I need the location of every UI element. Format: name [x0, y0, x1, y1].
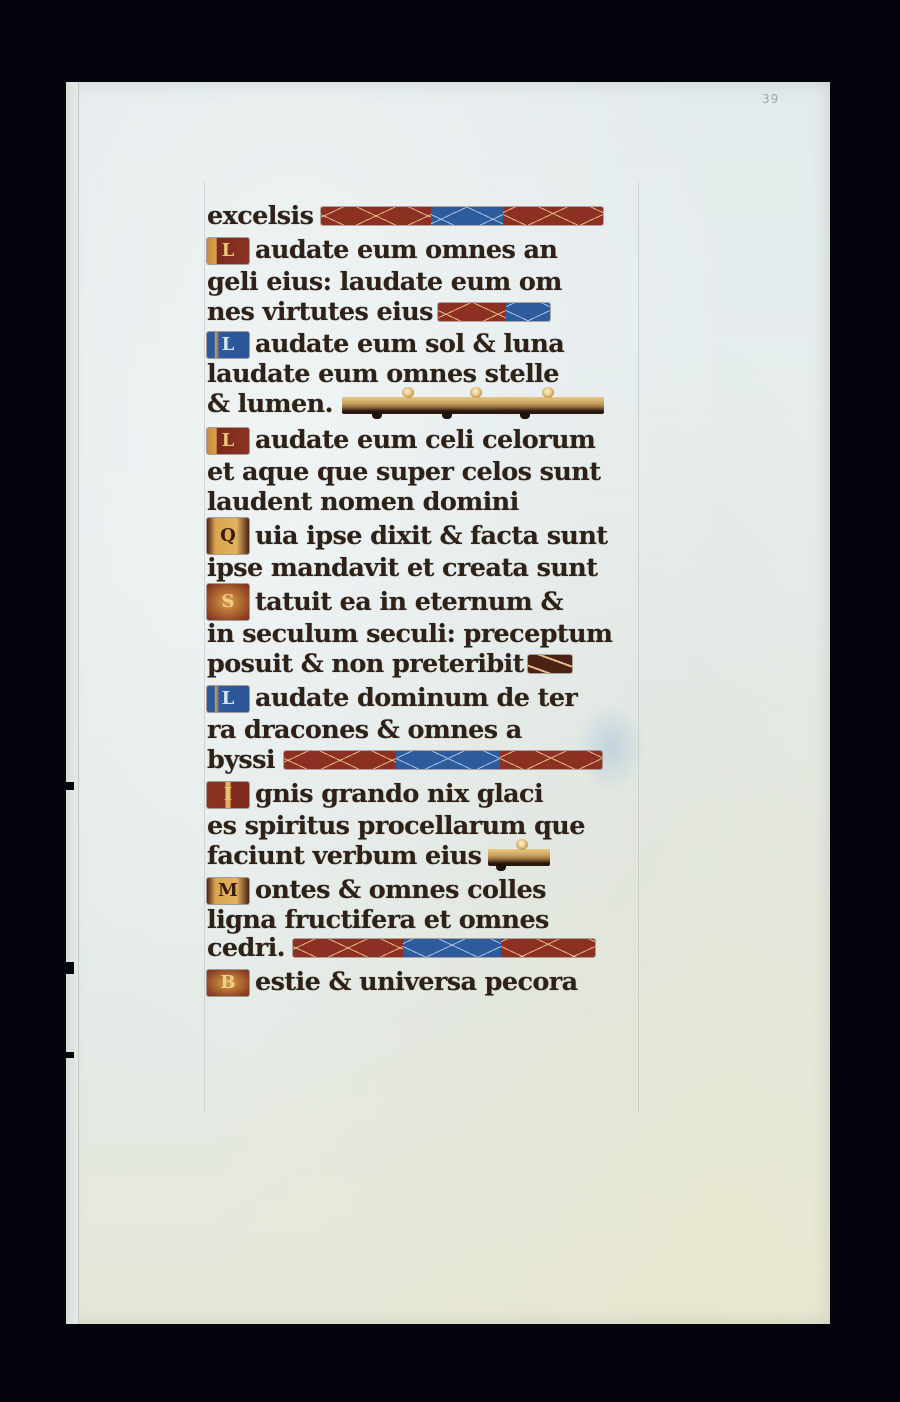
line-text: ra dracones & omnes a — [207, 716, 522, 744]
text-line: Q uia ipse dixit & facta sunt — [207, 520, 601, 550]
line-text: audate dominum de ter — [255, 684, 577, 712]
text-line: ra dracones & omnes a — [207, 714, 516, 744]
text-line: es spiritus procellarum que — [207, 810, 577, 840]
decorated-initial: L — [207, 428, 249, 454]
text-line: & lumen. — [207, 388, 604, 418]
text-line: byssi — [207, 744, 602, 774]
text-line: I gnis grando nix glaci — [207, 778, 537, 808]
line-text: audate eum celi celorum — [255, 426, 595, 454]
line-text: laudent nomen domini — [207, 488, 519, 516]
line-text: excelsis — [207, 202, 313, 230]
line-text: posuit & non preteribit — [207, 650, 524, 678]
line-filler — [284, 751, 602, 769]
text-line: et aque que super celos sunt — [207, 456, 593, 486]
decorated-initial: S — [207, 584, 249, 620]
text-line: ipse mandavit et creata sunt — [207, 552, 590, 582]
text-line: in seculum seculi: preceptum — [207, 618, 604, 648]
line-text: cedri. — [207, 934, 285, 962]
text-line: L audate eum sol & luna — [207, 328, 558, 358]
text-line: L audate dominum de ter — [207, 682, 571, 712]
text-line: S tatuit ea in eternum & — [207, 586, 557, 616]
decorated-initial: M — [207, 878, 249, 904]
manuscript-leaf: 39 excelsis L audate eum omnes an geli e… — [66, 82, 830, 1324]
line-text: ligna fructifera et omnes — [207, 906, 549, 934]
text-line: laudate eum omnes stelle — [207, 358, 552, 388]
line-text: tatuit ea in eternum & — [255, 588, 563, 616]
line-filler-gold — [342, 397, 604, 411]
text-block: excelsis L audate eum omnes an geli eius… — [66, 82, 830, 1324]
line-text: ipse mandavit et creata sunt — [207, 554, 597, 582]
text-line: posuit & non preteribit — [207, 648, 572, 678]
text-line: L audate eum celi celorum — [207, 424, 589, 454]
line-text: in seculum seculi: preceptum — [207, 620, 612, 648]
line-text: audate eum sol & luna — [255, 330, 564, 358]
decorated-initial: B — [207, 970, 249, 996]
line-filler-gold — [488, 849, 550, 863]
line-text: uia ipse dixit & facta sunt — [255, 522, 607, 550]
text-line: B estie & universa pecora — [207, 966, 571, 996]
text-line: M ontes & omnes colles — [207, 874, 540, 904]
line-text: ontes & omnes colles — [255, 876, 546, 904]
line-filler — [438, 303, 550, 321]
decorated-initial: I — [207, 782, 249, 808]
line-text: byssi — [207, 746, 275, 774]
decorated-initial: L — [207, 332, 249, 358]
text-line: ligna fructifera et omnes — [207, 904, 542, 934]
text-line: L audate eum omnes an — [207, 234, 551, 264]
line-text: geli eius: laudate eum om — [207, 268, 562, 296]
line-filler — [321, 207, 603, 225]
line-text: et aque que super celos sunt — [207, 458, 600, 486]
line-text: es spiritus procellarum que — [207, 812, 585, 840]
line-text: gnis grando nix glaci — [255, 780, 543, 808]
text-line: cedri. — [207, 932, 595, 962]
text-line: faciunt verbum eius — [207, 840, 550, 870]
decorated-initial: Q — [207, 518, 249, 554]
line-text: faciunt verbum eius — [207, 842, 481, 870]
line-text: nes virtutes eius — [207, 298, 433, 326]
line-text: estie & universa pecora — [255, 968, 578, 996]
line-text: laudate eum omnes stelle — [207, 360, 559, 388]
line-text: & lumen. — [207, 390, 333, 418]
text-line: nes virtutes eius — [207, 296, 550, 326]
decorated-initial: L — [207, 238, 249, 264]
decorated-initial: L — [207, 686, 249, 712]
line-filler — [293, 939, 595, 957]
text-line: geli eius: laudate eum om — [207, 266, 555, 296]
text-line: laudent nomen domini — [207, 486, 513, 516]
line-text: audate eum omnes an — [255, 236, 557, 264]
text-line: excelsis — [207, 200, 603, 230]
line-filler — [528, 655, 572, 673]
